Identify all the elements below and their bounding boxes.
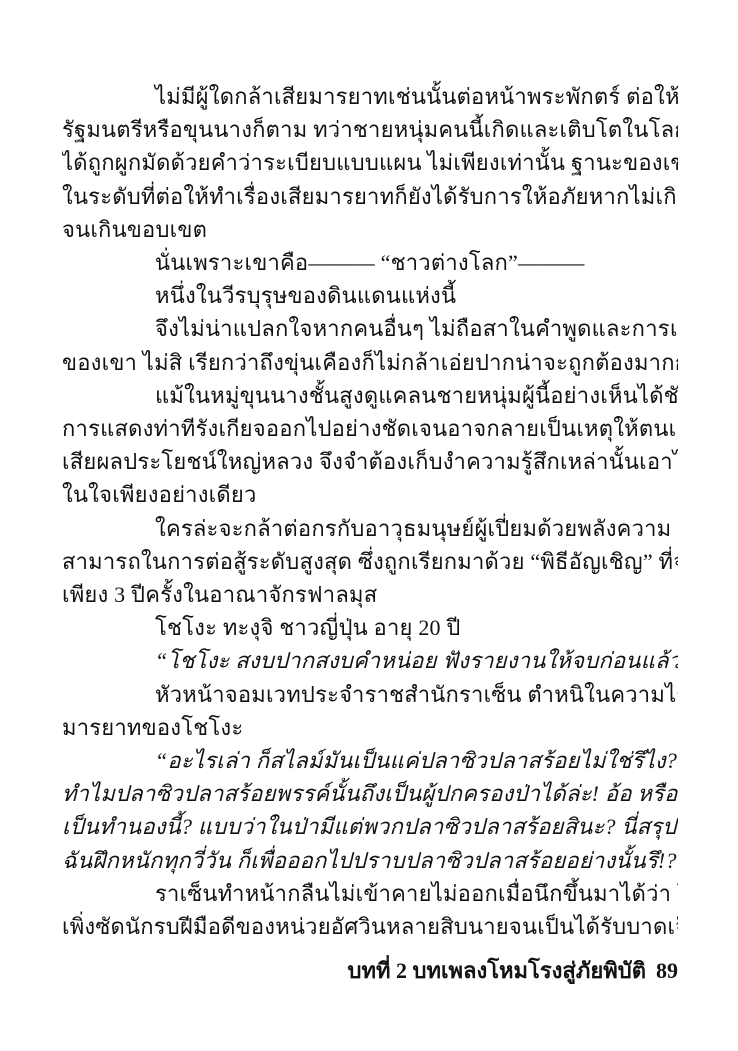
text-line: หนึ่งในวีรบุรุษของดินแดนแห่งนี้ [62,279,678,312]
text-line: หัวหน้าจอมเวทประจำราชสำนักราเซ็น ตำหนิใน… [62,678,678,711]
text-line: การแสดงท่าทีรังเกียจออกไปอย่างชัดเจนอาจก… [62,412,678,445]
text-line: โชโงะ ทะงุจิ ชาวญี่ปุ่น อายุ 20 ปี [62,611,678,644]
dialogue-line: “อะไรเล่า ก็สไลม์มันเป็นแค่ปลาซิวปลาสร้อ… [62,744,678,777]
text-line: จึงไม่น่าแปลกใจหากคนอื่นๆ ไม่ถือสาในคำพู… [62,312,678,345]
text-line: แม้ในหมู่ขุนนางชั้นสูงดูแคลนชายหนุ่มผู้น… [62,379,678,412]
text-line: ในใจเพียงอย่างเดียว [62,478,678,511]
text-line: สามารถในการต่อสู้ระดับสูงสุด ซึ่งถูกเรีย… [62,545,678,578]
text-line: ได้ถูกผูกมัดด้วยคำว่าระเบียบแบบแผน ไม่เพ… [62,146,678,179]
text-line: ของเขา ไม่สิ เรียกว่าถึงขุ่นเคืองก็ไม่กล… [62,346,678,379]
page-number: 89 [656,956,678,986]
text-line: เสียผลประโยชน์ใหญ่หลวง จึงจำต้องเก็บงำคว… [62,445,678,478]
text-line: มารยาทของโชโงะ [62,711,678,744]
dialogue-line: ทำไมปลาซิวปลาสร้อยพรรค์นั้นถึงเป็นผู้ปกค… [62,777,678,810]
text-line: ราเซ็นทำหน้ากลืนไม่เข้าคายไม่ออกเมื่อนึก… [62,877,678,910]
chapter-title: บทที่ 2 บทเพลงโหมโรงสู่ภัยพิบัติ [348,956,646,986]
book-page: ไม่มีผู้ใดกล้าเสียมารยาทเช่นนั้นต่อหน้าพ… [0,0,738,1051]
text-line: เพิ่งซัดนักรบฝีมือดีของหน่วยอัศวินหลายสิ… [62,910,678,943]
page-footer: บทที่ 2 บทเพลงโหมโรงสู่ภัยพิบัติ 89 [62,956,678,986]
text-line: จนเกินขอบเขต [62,213,678,246]
body-text-block: ไม่มีผู้ใดกล้าเสียมารยาทเช่นนั้นต่อหน้าพ… [62,80,678,943]
text-line: ไม่มีผู้ใดกล้าเสียมารยาทเช่นนั้นต่อหน้าพ… [62,80,678,113]
text-line: รัฐมนตรีหรือขุนนางก็ตาม ทว่าชายหนุ่มคนนี… [62,113,678,146]
dialogue-line: “โชโงะ สงบปากสงบคำหน่อย ฟังรายงานให้จบก่… [62,644,678,677]
dialogue-line: ฉันฝึกหนักทุกวี่วัน ก็เพื่อออกไปปราบปลาซ… [62,844,678,877]
dialogue-line: เป็นทำนองนี้? แบบว่าในป่ามีแต่พวกปลาซิวป… [62,810,678,843]
text-line: ในระดับที่ต่อให้ทำเรื่องเสียมารยาทก็ยังไ… [62,180,678,213]
text-line: นั่นเพราะเขาคือ——— “ชาวต่างโลก”——— [62,246,678,279]
text-line: เพียง 3 ปีครั้งในอาณาจักรฟาลมุส [62,578,678,611]
text-line: ใครล่ะจะกล้าต่อกรกับอาวุธมนุษย์ผู้เปี่ยม… [62,512,678,545]
